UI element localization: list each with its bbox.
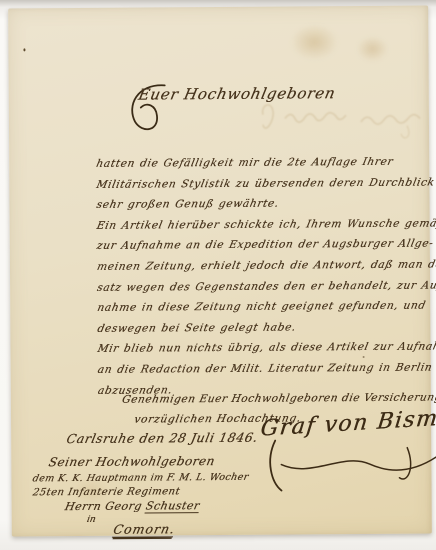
letter-line: Mir blieb nun nichts übrig, als diese Ar…	[95, 341, 436, 364]
address-in: in	[86, 515, 97, 525]
letter-page: Euer Hochwohlgeboren hatten die Gefällig…	[8, 6, 432, 537]
paper-stain	[290, 24, 338, 60]
signature-flourish	[257, 433, 436, 494]
letter-line: deswegen bei Seite gelegt habe.	[95, 320, 436, 343]
ink-speck	[23, 48, 25, 51]
photo-background: Euer Hochwohlgeboren hatten die Gefällig…	[0, 0, 436, 550]
letter-line: nahme in diese Zeitung nicht geeignet ge…	[94, 299, 436, 322]
address-rank-regiment-owner: dem K. K. Hauptmann im F. M. L. Wocher	[31, 472, 249, 485]
letter-line: an die Redaction der Milit. Literatur Ze…	[95, 361, 436, 384]
address-recipient-name: Herrn Georg Schuster	[64, 499, 201, 513]
recipient-name-prefix: Herrn Georg	[64, 500, 148, 514]
dateline: Carlsruhe den 28 Juli 1846.	[65, 430, 259, 446]
letter-line: Militärischen Stylistik zu übersenden de…	[93, 176, 436, 199]
letter-line: meinen Zeitung, erhielt jedoch die Antwo…	[94, 258, 436, 281]
city-double-underline: Comorn.	[112, 521, 177, 537]
letter-line: Ein Artikel hierüber schickte ich, Ihrem…	[94, 217, 436, 240]
letter-body: hatten die Gefälligkeit mir die 2te Aufl…	[93, 155, 436, 405]
letter-line: zur Aufnahme an die Expedition der Augsb…	[94, 238, 436, 261]
address-honorific: Seiner Hochwohlgeboren	[47, 454, 216, 469]
paper-stain	[356, 36, 388, 62]
address-regiment: 25ten Infanterie Regiment	[32, 486, 181, 498]
letter-line: sehr großen Genuß gewährte.	[94, 196, 436, 219]
ink-bleed-through	[257, 95, 436, 144]
recipient-surname-underlined: Schuster	[144, 499, 201, 513]
salutation: Euer Hochwohlgeboren	[137, 84, 337, 103]
letter-line: satz wegen des Gegenstandes den er behan…	[94, 279, 436, 302]
letter-line: hatten die Gefälligkeit mir die 2te Aufl…	[93, 155, 436, 178]
closing-line: Genehmigen Euer Hochwohlgeboren die Vers…	[121, 391, 436, 406]
address-city: Comorn.	[112, 521, 177, 537]
